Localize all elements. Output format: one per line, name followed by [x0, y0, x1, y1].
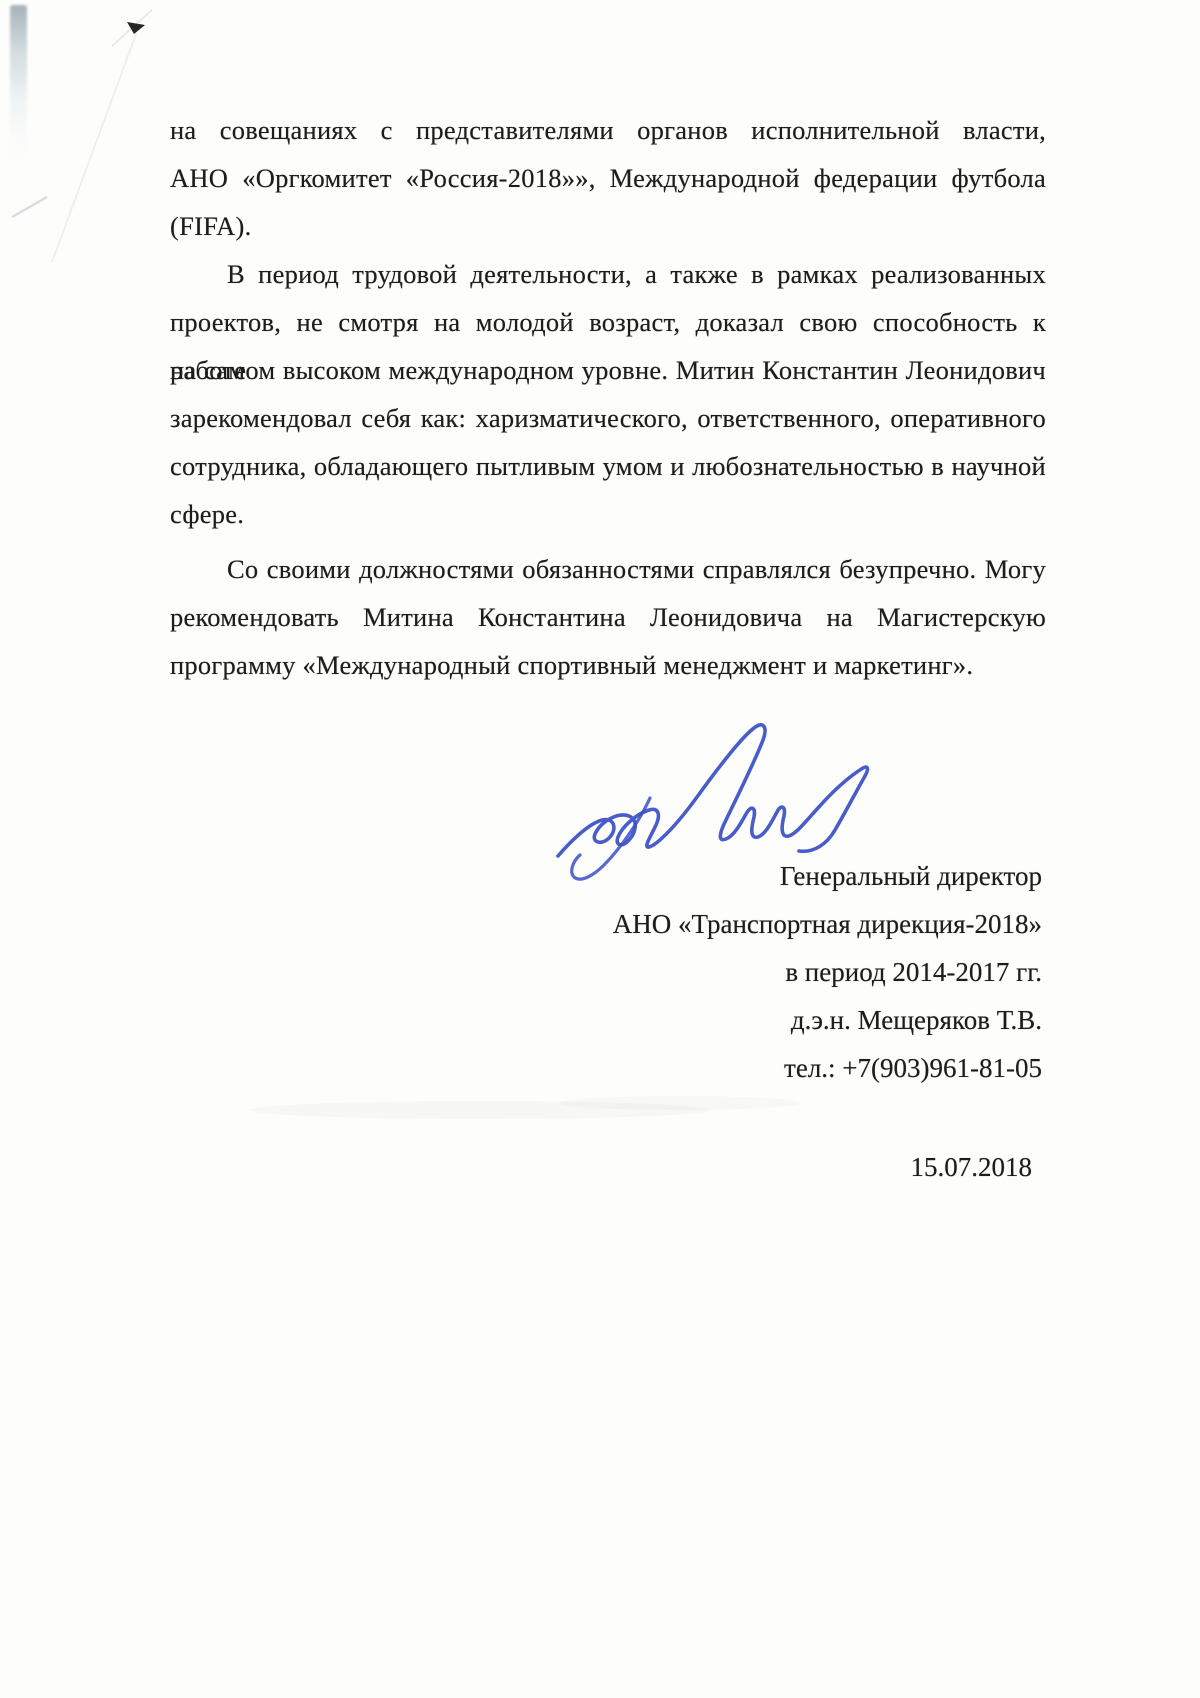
scan-speck-mark [127, 22, 145, 34]
body-line: проектов, не смотря на молодой возраст, … [170, 298, 1046, 346]
body-line: сфере. [170, 490, 1046, 538]
paragraph-1: на совещаниях с представителями органов … [170, 106, 1046, 250]
letter-date: 15.07.2018 [613, 1143, 1042, 1191]
body-line: на самом высоком международном уровне. М… [170, 346, 1046, 394]
letter-body: на совещаниях с представителями органов … [170, 106, 1046, 689]
body-line: АНО «Оргкомитет «Россия-2018»», Междунар… [170, 154, 1046, 202]
signer-organization: АНО «Транспортная дирекция-2018» [613, 900, 1042, 948]
body-line: зарекомендовал себя как: харизматическог… [170, 394, 1046, 442]
scan-scratch-mark [12, 197, 47, 217]
paragraph-2: В период трудовой деятельности, а также … [170, 250, 1046, 538]
body-line: Со своими должностями обязанностями спра… [170, 545, 1046, 593]
body-line: на совещаниях с представителями органов … [170, 106, 1046, 154]
signer-name: д.э.н. Мещеряков Т.В. [613, 996, 1042, 1044]
scan-edge-smudge [10, 5, 27, 160]
scan-fold-line [52, 34, 136, 262]
signature-block: Генеральный директор АНО «Транспортная д… [613, 852, 1042, 1191]
body-line: сотрудника, обладающего пытливым умом и … [170, 442, 1046, 490]
body-line: рекомендовать Митина Константина Леонидо… [170, 593, 1046, 641]
scan-hairline [112, 10, 152, 46]
signer-period: в период 2014-2017 гг. [613, 948, 1042, 996]
paragraph-3: Со своими должностями обязанностями спра… [170, 545, 1046, 689]
body-line: (FIFA). [170, 202, 1046, 250]
body-line: В период трудовой деятельности, а также … [170, 250, 1046, 298]
signer-title: Генеральный директор [613, 852, 1042, 900]
signer-phone: тел.: +7(903)961-81-05 [613, 1044, 1042, 1092]
signature-main-stroke [558, 725, 867, 856]
scanned-letter-page: на совещаниях с представителями органов … [0, 0, 1200, 1698]
